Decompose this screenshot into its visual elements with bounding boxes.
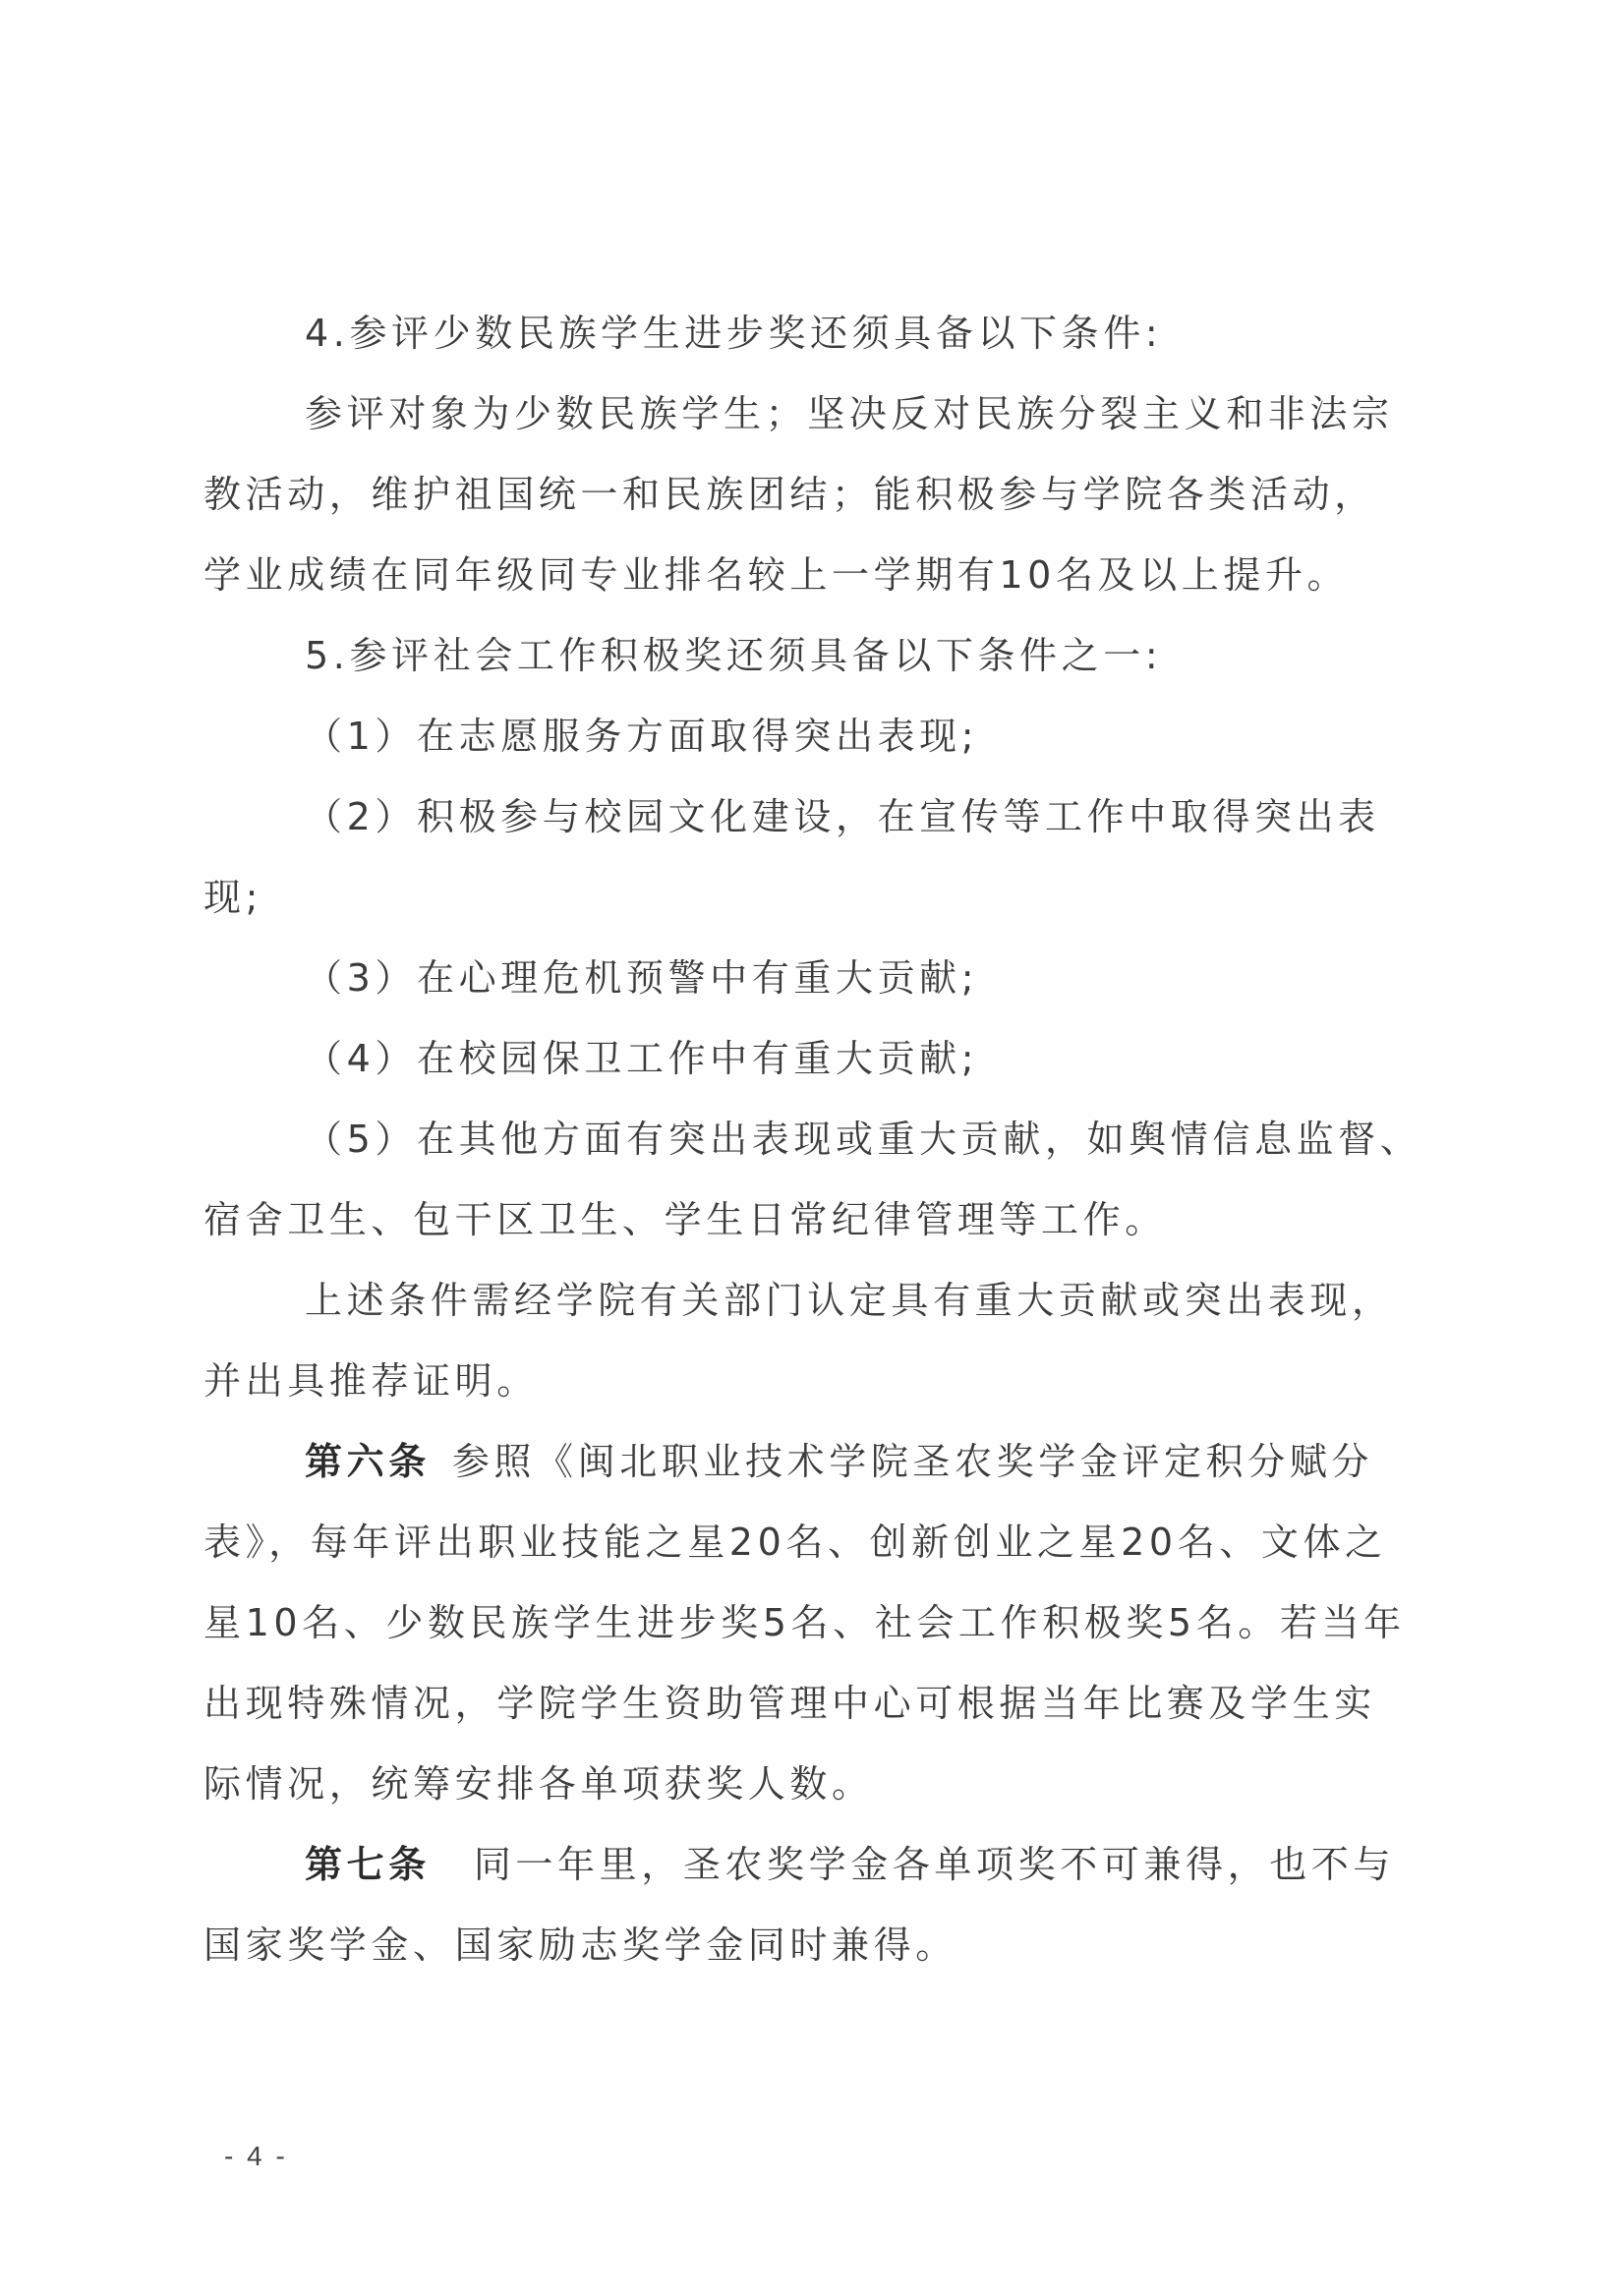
condition-5-item-2: （2）积极参与校园文化建设，在宣传等工作中取得突出表 xyxy=(203,776,1427,857)
condition-5-item-3: （3）在心理危机预警中有重大贡献; xyxy=(203,938,1427,1018)
article-6-line: 际情况，统筹安排各单项获奖人数。 xyxy=(203,1744,1427,1824)
article-6-label: 第六条 xyxy=(305,1440,431,1483)
condition-5-note-continuation: 并出具推荐证明。 xyxy=(203,1341,1427,1421)
condition-5-item-2-continuation: 现; xyxy=(203,857,1427,938)
document-body: 4.参评少数民族学生进步奖还须具备以下条件: 参评对象为少数民族学生；坚决反对民… xyxy=(203,293,1427,1985)
article-6-text: 参照《闽北职业技术学院圣农奖学金评定积分赋分 xyxy=(452,1440,1373,1483)
condition-4-heading: 4.参评少数民族学生进步奖还须具备以下条件: xyxy=(203,293,1427,373)
article-6-first-line: 第六条参照《闽北职业技术学院圣农奖学金评定积分赋分 xyxy=(203,1421,1427,1502)
article-7-text: 同一年里，圣农奖学金各单项奖不可兼得，也不与 xyxy=(474,1843,1395,1886)
document-page: 4.参评少数民族学生进步奖还须具备以下条件: 参评对象为少数民族学生；坚决反对民… xyxy=(0,0,1622,2296)
condition-4-body-line: 教活动，维护祖国统一和民族团结；能积极参与学院各类活动， xyxy=(203,454,1427,535)
article-6-line: 出现特殊情况，学院学生资助管理中心可根据当年比赛及学生实 xyxy=(203,1663,1427,1744)
condition-5-note: 上述条件需经学院有关部门认定具有重大贡献或突出表现， xyxy=(203,1260,1427,1341)
article-7-first-line: 第七条同一年里，圣农奖学金各单项奖不可兼得，也不与 xyxy=(203,1824,1427,1905)
condition-4-body-line: 学业成绩在同年级同专业排名较上一学期有10名及以上提升。 xyxy=(203,535,1427,615)
article-7-line: 国家奖学金、国家励志奖学金同时兼得。 xyxy=(203,1905,1427,1985)
condition-5-item-1: （1）在志愿服务方面取得突出表现; xyxy=(203,696,1427,776)
article-7-label: 第七条 xyxy=(305,1843,431,1886)
condition-5-item-5: （5）在其他方面有突出表现或重大贡献，如舆情信息监督、 xyxy=(203,1099,1427,1179)
article-6-line: 星10名、少数民族学生进步奖5名、社会工作积极奖5名。若当年 xyxy=(203,1582,1427,1663)
condition-5-item-5-continuation: 宿舍卫生、包干区卫生、学生日常纪律管理等工作。 xyxy=(203,1179,1427,1260)
article-6-line: 表》，每年评出职业技能之星20名、创新创业之星20名、文体之 xyxy=(203,1502,1427,1582)
condition-5-heading: 5.参评社会工作积极奖还须具备以下条件之一: xyxy=(203,615,1427,696)
condition-4-body-line: 参评对象为少数民族学生；坚决反对民族分裂主义和非法宗 xyxy=(203,373,1427,454)
page-number: - 4 - xyxy=(224,2141,288,2172)
condition-5-item-4: （4）在校园保卫工作中有重大贡献; xyxy=(203,1018,1427,1099)
